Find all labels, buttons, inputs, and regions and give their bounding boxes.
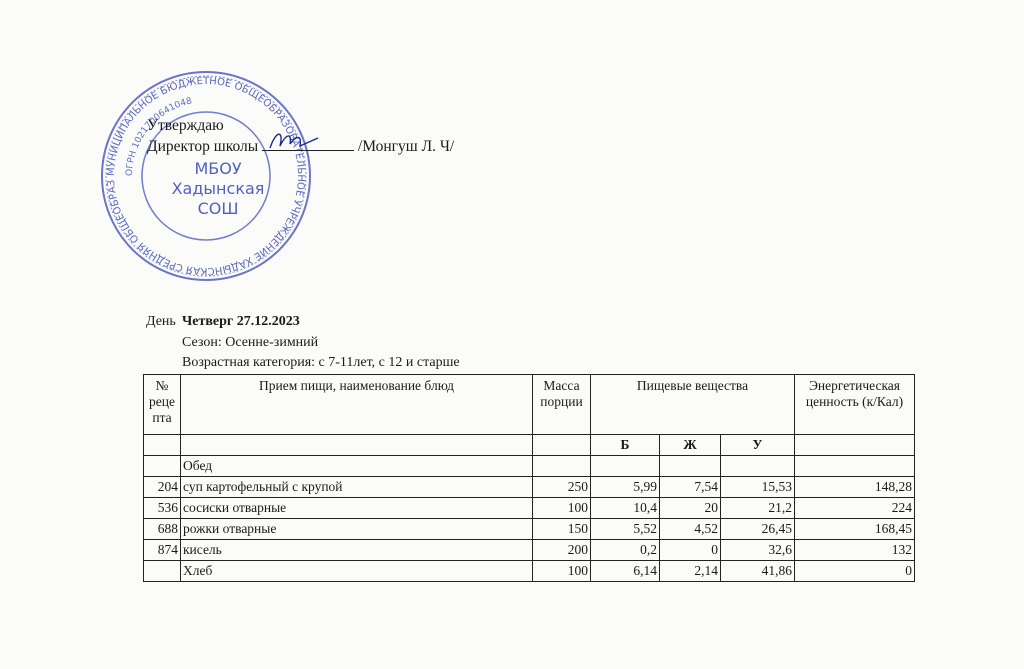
day-label: День — [146, 314, 176, 330]
table-row: 204суп картофельный с крупой2505,997,541… — [144, 477, 915, 498]
svg-text:МБОУ: МБОУ — [194, 159, 241, 178]
approval-block: Утверждаю Директор школы /Монгуш Л. Ч/ — [147, 116, 454, 157]
protein-cell: 0,2 — [591, 540, 660, 561]
carb-cell: 32,6 — [721, 540, 795, 561]
svg-text:СОШ: СОШ — [198, 199, 239, 218]
mass-cell: 100 — [533, 498, 591, 519]
recipe-no-cell: 688 — [144, 519, 181, 540]
carb-cell: 26,45 — [721, 519, 795, 540]
table-row: 536сосиски отварные10010,42021,2224 — [144, 498, 915, 519]
energy-cell: 224 — [795, 498, 915, 519]
section-row: Обед — [144, 456, 915, 477]
carb-cell: 21,2 — [721, 498, 795, 519]
director-label: Директор школы — [147, 138, 258, 155]
fat-cell: 2,14 — [660, 561, 721, 582]
header-mass: Масса порции — [533, 375, 591, 435]
protein-cell: 5,52 — [591, 519, 660, 540]
header-dish: Прием пищи, наименование блюд — [181, 375, 533, 435]
header-recipe-no: № реце пта — [144, 375, 181, 435]
mass-cell: 150 — [533, 519, 591, 540]
dish-name-cell: кисель — [181, 540, 533, 561]
recipe-no-cell — [144, 561, 181, 582]
table-subheader-row: Б Ж У — [144, 435, 915, 456]
mass-cell: 250 — [533, 477, 591, 498]
header-energy: Энергетическая ценность (к/Кал) — [795, 375, 915, 435]
signature-icon — [266, 128, 326, 154]
director-line: Директор школы /Монгуш Л. Ч/ — [147, 136, 454, 157]
energy-cell: 0 — [795, 561, 915, 582]
recipe-no-cell: 204 — [144, 477, 181, 498]
fat-cell: 7,54 — [660, 477, 721, 498]
school-stamp: МУНИЦИПАЛЬНОЕ БЮДЖЕТНОЕ ОБЩЕОБРАЗОВАТЕЛЬ… — [96, 66, 316, 286]
table-row: 688рожки отварные1505,524,5226,45168,45 — [144, 519, 915, 540]
protein-cell: 6,14 — [591, 561, 660, 582]
svg-text:Хадынская: Хадынская — [172, 179, 265, 198]
fat-cell: 4,52 — [660, 519, 721, 540]
dish-name-cell: сосиски отварные — [181, 498, 533, 519]
carb-cell: 41,86 — [721, 561, 795, 582]
table-row: 874кисель2000,2032,6132 — [144, 540, 915, 561]
header-j: Ж — [660, 435, 721, 456]
menu-table: № реце пта Прием пищи, наименование блюд… — [143, 374, 915, 582]
table-row: Хлеб1006,142,1441,860 — [144, 561, 915, 582]
recipe-no-cell: 874 — [144, 540, 181, 561]
carb-cell: 15,53 — [721, 477, 795, 498]
director-name: /Монгуш Л. Ч/ — [358, 138, 454, 155]
energy-cell: 168,45 — [795, 519, 915, 540]
header-b: Б — [591, 435, 660, 456]
mass-cell: 200 — [533, 540, 591, 561]
age-category-text: Возрастная категория: с 7-11лет, с 12 и … — [182, 355, 460, 371]
mass-cell: 100 — [533, 561, 591, 582]
fat-cell: 20 — [660, 498, 721, 519]
season-text: Сезон: Осенне-зимний — [182, 335, 318, 351]
header-nutrients: Пищевые вещества — [591, 375, 795, 435]
protein-cell: 5,99 — [591, 477, 660, 498]
protein-cell: 10,4 — [591, 498, 660, 519]
table-header-row: № реце пта Прием пищи, наименование блюд… — [144, 375, 915, 435]
energy-cell: 148,28 — [795, 477, 915, 498]
energy-cell: 132 — [795, 540, 915, 561]
fat-cell: 0 — [660, 540, 721, 561]
dish-name-cell: суп картофельный с крупой — [181, 477, 533, 498]
recipe-no-cell: 536 — [144, 498, 181, 519]
section-label: Обед — [181, 456, 533, 477]
dish-name-cell: рожки отварные — [181, 519, 533, 540]
day-value: Четверг 27.12.2023 — [182, 314, 300, 330]
header-u: У — [721, 435, 795, 456]
signature-line — [262, 136, 354, 151]
dish-name-cell: Хлеб — [181, 561, 533, 582]
